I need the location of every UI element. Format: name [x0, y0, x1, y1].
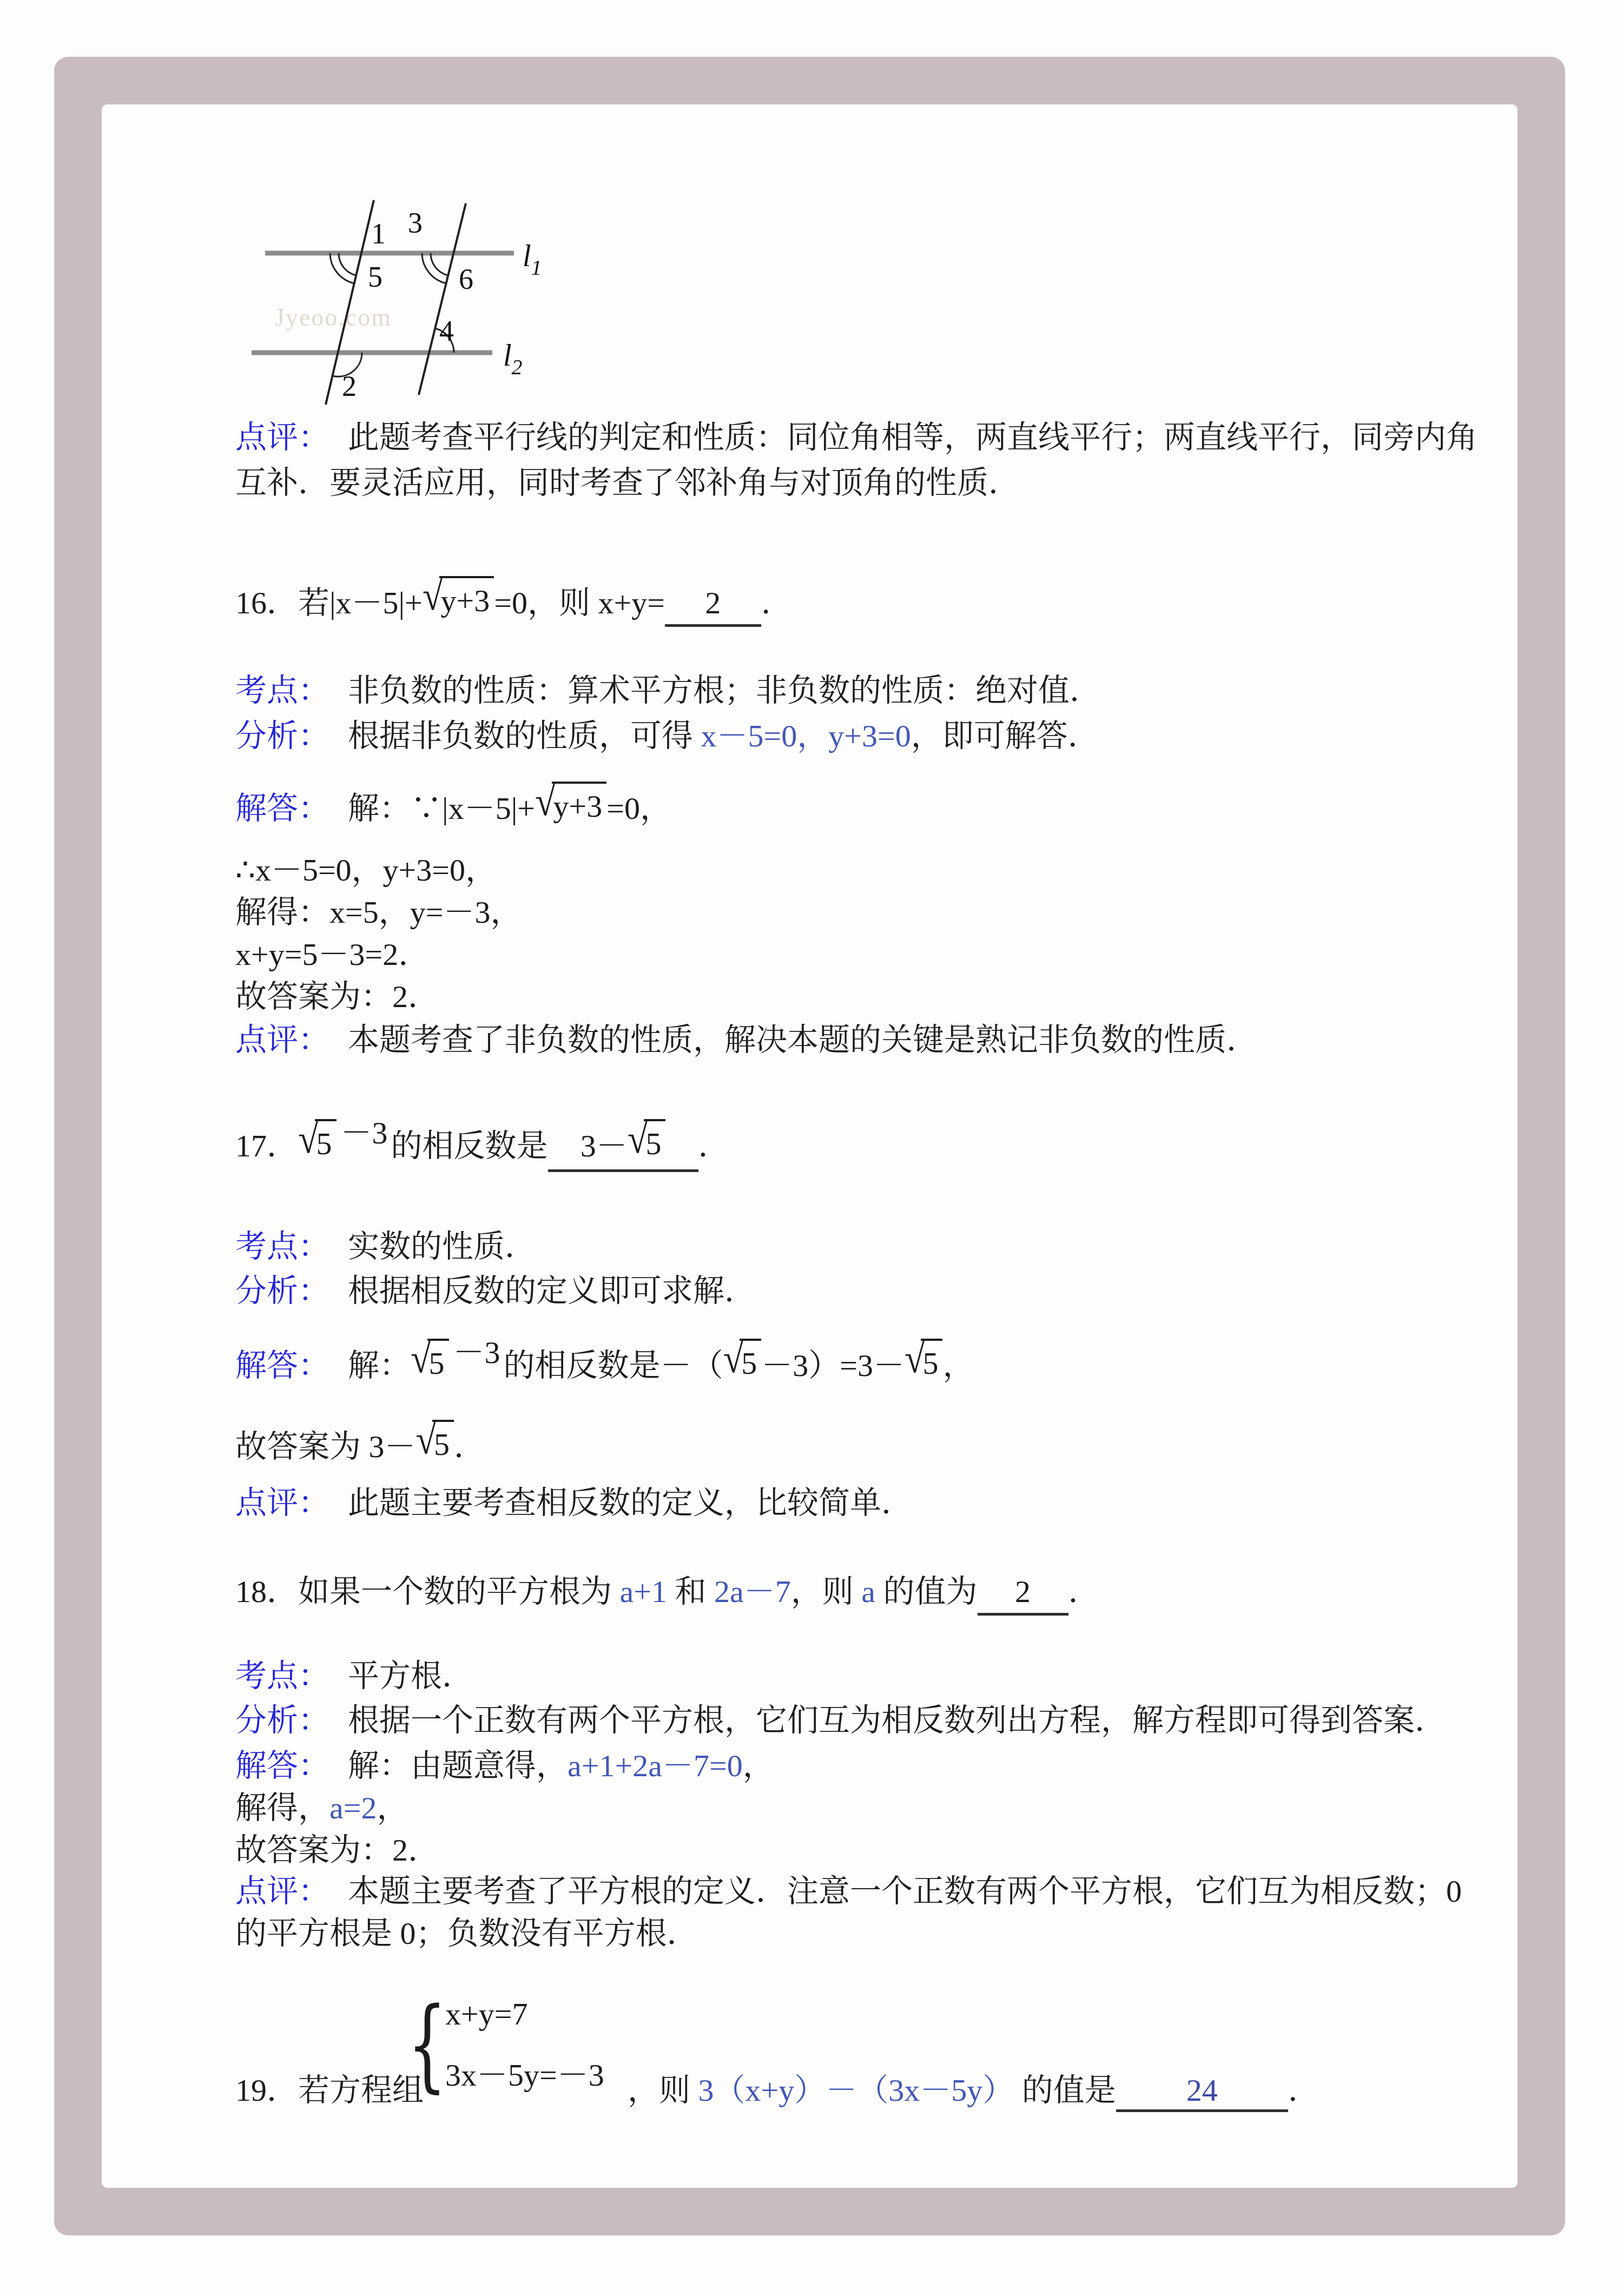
solution-line: 故答案为：2． — [235, 1830, 439, 1870]
angle-label-3: 3 — [408, 207, 423, 239]
transversal-b — [419, 203, 466, 395]
jieda-text: 解：∵|x－5|+ — [348, 791, 535, 826]
radical-sign: √ — [298, 1113, 319, 1166]
answer-blank: 3－√5 — [548, 1121, 698, 1172]
radical-sign: √ — [423, 570, 443, 623]
equation-1: x+y=7 — [445, 1996, 604, 2032]
problem-18-statement: 18．如果一个数的平方根为 a+1 和 2a－7，则 a 的值为2． — [235, 1572, 1100, 1616]
angle-label-1: 1 — [371, 217, 386, 250]
statement-text: 的相反数是 — [391, 1128, 548, 1163]
dianping-text: 本题主要考查了平方根的定义．注意一个正数有两个平方根，它们互为相反数；0 — [348, 1874, 1462, 1909]
statement-text: ，则 — [628, 2073, 698, 2108]
label-l1: l1 — [523, 240, 542, 280]
radical-sign: √ — [535, 775, 556, 828]
radical-sign: √ — [628, 1113, 648, 1166]
dianping-17: 点评：此题主要考查相反数的定义，比较简单． — [235, 1483, 913, 1523]
kaodian-label: 考点： — [235, 673, 329, 708]
answer-value: 2 — [1015, 1574, 1031, 1609]
answer-line-17: 故答案为 3－√5． — [235, 1421, 485, 1469]
statement-text: 16．若|x－5|+ — [235, 585, 423, 620]
statement-text: ． — [1068, 1574, 1100, 1609]
fenxi-math: x－5=0，y+3=0 — [701, 718, 911, 753]
solution-math: a=2 — [329, 1790, 377, 1825]
jieda-18: 解答：解：由题意得，a+1+2a－7=0， — [235, 1746, 774, 1786]
kaodian-17: 考点：实数的性质． — [235, 1227, 536, 1267]
fenxi-text: ，即可解答． — [911, 718, 1099, 753]
statement-text: =0，则 x+y= — [494, 585, 665, 620]
document-page: { "theme":{ "frame_color":"#c9bcbe", "la… — [0, 0, 1623, 2296]
answer-blank: 24 — [1116, 2072, 1288, 2112]
answer-blank: 2 — [978, 1572, 1068, 1616]
problem-19-statement: 19．若方程组 { x+y=7 3x－5y=－3 ，则 3（x+y）－（3x－5… — [235, 1982, 1480, 2128]
system-brace: { — [407, 1982, 447, 2107]
figure-watermark: Jyeoo.com — [275, 303, 392, 331]
radicand: y+3 — [439, 576, 494, 621]
radical-sign: √ — [905, 1332, 925, 1385]
solution-text: 故答案为：2． — [235, 1832, 439, 1868]
statement-math: 3（x+y）－（3x－5y） — [698, 2073, 1014, 2108]
statement-text: 的值为 — [875, 1574, 978, 1609]
answer-text: 故答案为 3－ — [235, 1429, 416, 1464]
fenxi-16: 分析：根据非负数的性质，可得 x－5=0，y+3=0，即可解答． — [235, 716, 1099, 756]
jieda-label: 解答： — [235, 1348, 329, 1383]
dianping-label: 点评： — [235, 1874, 329, 1909]
solution-line: 解得，a=2， — [235, 1788, 408, 1828]
radicand: y+3 — [552, 782, 607, 826]
kaodian-16: 考点：非负数的性质：算术平方根；非负数的性质：绝对值． — [235, 671, 1101, 711]
jieda-text: ， — [743, 1748, 774, 1783]
statement-math: a+1 — [620, 1574, 667, 1609]
dianping-text: 本题考查了非负数的性质，解决本题的关键是熟记非负数的性质． — [348, 1022, 1258, 1057]
solution-text: ∴x－5=0，y+3=0， — [235, 852, 497, 888]
problem-16-statement: 16．若|x－5|+√y+3=0，则 x+y=2． — [235, 578, 793, 627]
fenxi-17: 分析：根据相反数的定义即可求解． — [235, 1271, 756, 1311]
dianping-16: 点评：本题考查了非负数的性质，解决本题的关键是熟记非负数的性质． — [235, 1020, 1258, 1060]
dianping-text: 的平方根是 0；负数没有平方根． — [235, 1916, 698, 1951]
comment-prev-line2: 互补．要灵活应用，同时考查了邻补角与对顶角的性质． — [235, 463, 1020, 503]
comment-text: 互补．要灵活应用，同时考查了邻补角与对顶角的性质． — [235, 465, 1020, 500]
comment-prev-line1: 点评：此题考查平行线的判定和性质：同位角相等，两直线平行；两直线平行，同旁内角 — [235, 418, 1477, 458]
fenxi-text: 根据一个正数有两个平方根，它们互为相反数列出方程，解方程即可得到答案． — [348, 1703, 1446, 1738]
kaodian-18: 考点：平方根． — [235, 1656, 473, 1696]
solution-line: ∴x－5=0，y+3=0， — [235, 850, 497, 890]
equation-2: 3x－5y=－3 — [445, 2049, 604, 2095]
dianping-18-line2: 的平方根是 0；负数没有平方根． — [235, 1914, 698, 1954]
dianping-text: 此题主要考查相反数的定义，比较简单． — [348, 1485, 913, 1520]
sqrt-expression: √y+3 — [535, 781, 606, 829]
jieda-label: 解答： — [235, 791, 329, 826]
kaodian-text: 平方根． — [348, 1658, 473, 1693]
jieda-16: 解答：解：∵|x－5|+√y+3=0， — [235, 783, 671, 831]
superscript-minus-3: －3 — [453, 1333, 500, 1373]
answer-value: 3－ — [580, 1128, 628, 1163]
sqrt-expression: √5 — [905, 1338, 943, 1386]
solution-text: x+y=5－3=2． — [235, 937, 430, 972]
statement-text: 19．若方程组 — [235, 2065, 424, 2110]
angle-label-2: 2 — [342, 370, 357, 402]
angle-label-6: 6 — [459, 263, 473, 295]
jieda-text: －3）=3－ — [761, 1348, 905, 1383]
label-l2: l2 — [503, 339, 523, 379]
solution-line: 故答案为：2． — [235, 977, 439, 1017]
fenxi-label: 分析： — [235, 1703, 329, 1738]
sqrt-expression: √5 — [723, 1338, 762, 1386]
fenxi-18: 分析：根据一个正数有两个平方根，它们互为相反数列出方程，解方程即可得到答案． — [235, 1701, 1446, 1741]
statement-tail: ，则 3（x+y）－（3x－5y） 的值是24． — [628, 2065, 1319, 2112]
superscript-minus-3: －3 — [341, 1113, 388, 1153]
parallel-lines-figure: Jyeoo.com 1 3 5 6 4 2 l1 l2 — [227, 178, 573, 422]
problem-17-statement: 17．√5－3的相反数是3－√5． — [235, 1121, 730, 1172]
fenxi-text: 根据非负数的性质，可得 — [348, 718, 701, 753]
equation-system: x+y=7 3x－5y=－3 — [445, 1996, 604, 2095]
radical-sign: √ — [416, 1413, 437, 1466]
jieda-math: a+1+2a－7=0 — [568, 1748, 743, 1783]
jieda-text: 的相反数是－（ — [504, 1348, 723, 1383]
sqrt-expression: √y+3 — [423, 575, 494, 623]
kaodian-text: 实数的性质． — [348, 1229, 536, 1264]
answer-value: 2 — [705, 585, 721, 620]
fenxi-label: 分析： — [235, 1273, 329, 1308]
jieda-label: 解答： — [235, 1748, 329, 1783]
statement-math: a — [861, 1574, 875, 1609]
jieda-17: 解答：解：√5－3的相反数是－（√5－3）=3－√5， — [235, 1340, 974, 1388]
answer-blank: 2 — [665, 583, 761, 627]
statement-text: 18． — [235, 1574, 298, 1609]
statement-text: 的值是 — [1014, 2073, 1116, 2108]
statement-text: 如果一个数的平方根为 — [298, 1574, 620, 1609]
radical-sign: √ — [723, 1332, 744, 1385]
statement-text: ，则 — [791, 1574, 862, 1609]
dianping-label: 点评： — [235, 420, 329, 455]
comment-text: 此题考查平行线的判定和性质：同位角相等，两直线平行；两直线平行，同旁内角 — [348, 420, 1477, 455]
answer-value: 24 — [1186, 2073, 1218, 2108]
sqrt-expression: √5 — [628, 1119, 666, 1166]
statement-text: ． — [1288, 2073, 1319, 2108]
kaodian-text: 非负数的性质：算术平方根；非负数的性质：绝对值． — [348, 673, 1101, 708]
fenxi-label: 分析： — [235, 718, 329, 753]
angle-label-4: 4 — [439, 315, 454, 347]
jieda-text: 解： — [348, 1348, 411, 1383]
sqrt-expression: √5 — [298, 1119, 337, 1166]
dianping-label: 点评： — [235, 1022, 329, 1057]
dianping-18-line1: 点评：本题主要考查了平方根的定义．注意一个正数有两个平方根，它们互为相反数；0 — [235, 1871, 1462, 1911]
sqrt-expression: √5 — [411, 1338, 449, 1386]
angle-label-5: 5 — [368, 261, 382, 293]
sqrt-expression: √5 — [416, 1419, 454, 1467]
kaodian-label: 考点： — [235, 1658, 329, 1693]
kaodian-label: 考点： — [235, 1229, 329, 1264]
solution-text: ， — [377, 1790, 408, 1825]
jieda-text: ， — [942, 1348, 974, 1383]
statement-text: 和 — [667, 1574, 714, 1609]
solution-line: 解得：x=5，y=－3， — [235, 892, 522, 932]
fenxi-text: 根据相反数的定义即可求解． — [348, 1273, 756, 1308]
radical-sign: √ — [411, 1332, 431, 1385]
statement-text: 17． — [235, 1128, 298, 1163]
solution-line: x+y=5－3=2． — [235, 935, 430, 975]
jieda-text: =0， — [606, 791, 671, 826]
solution-text: 解得， — [235, 1790, 329, 1825]
dianping-label: 点评： — [235, 1485, 329, 1520]
solution-text: 故答案为：2． — [235, 979, 439, 1014]
statement-text: ． — [761, 585, 793, 620]
jieda-text: 解：由题意得， — [348, 1748, 568, 1783]
solution-text: 解得：x=5，y=－3， — [235, 895, 522, 930]
statement-math: 2a－7 — [714, 1574, 791, 1609]
statement-text: ． — [698, 1128, 730, 1163]
answer-text: ． — [454, 1429, 485, 1464]
